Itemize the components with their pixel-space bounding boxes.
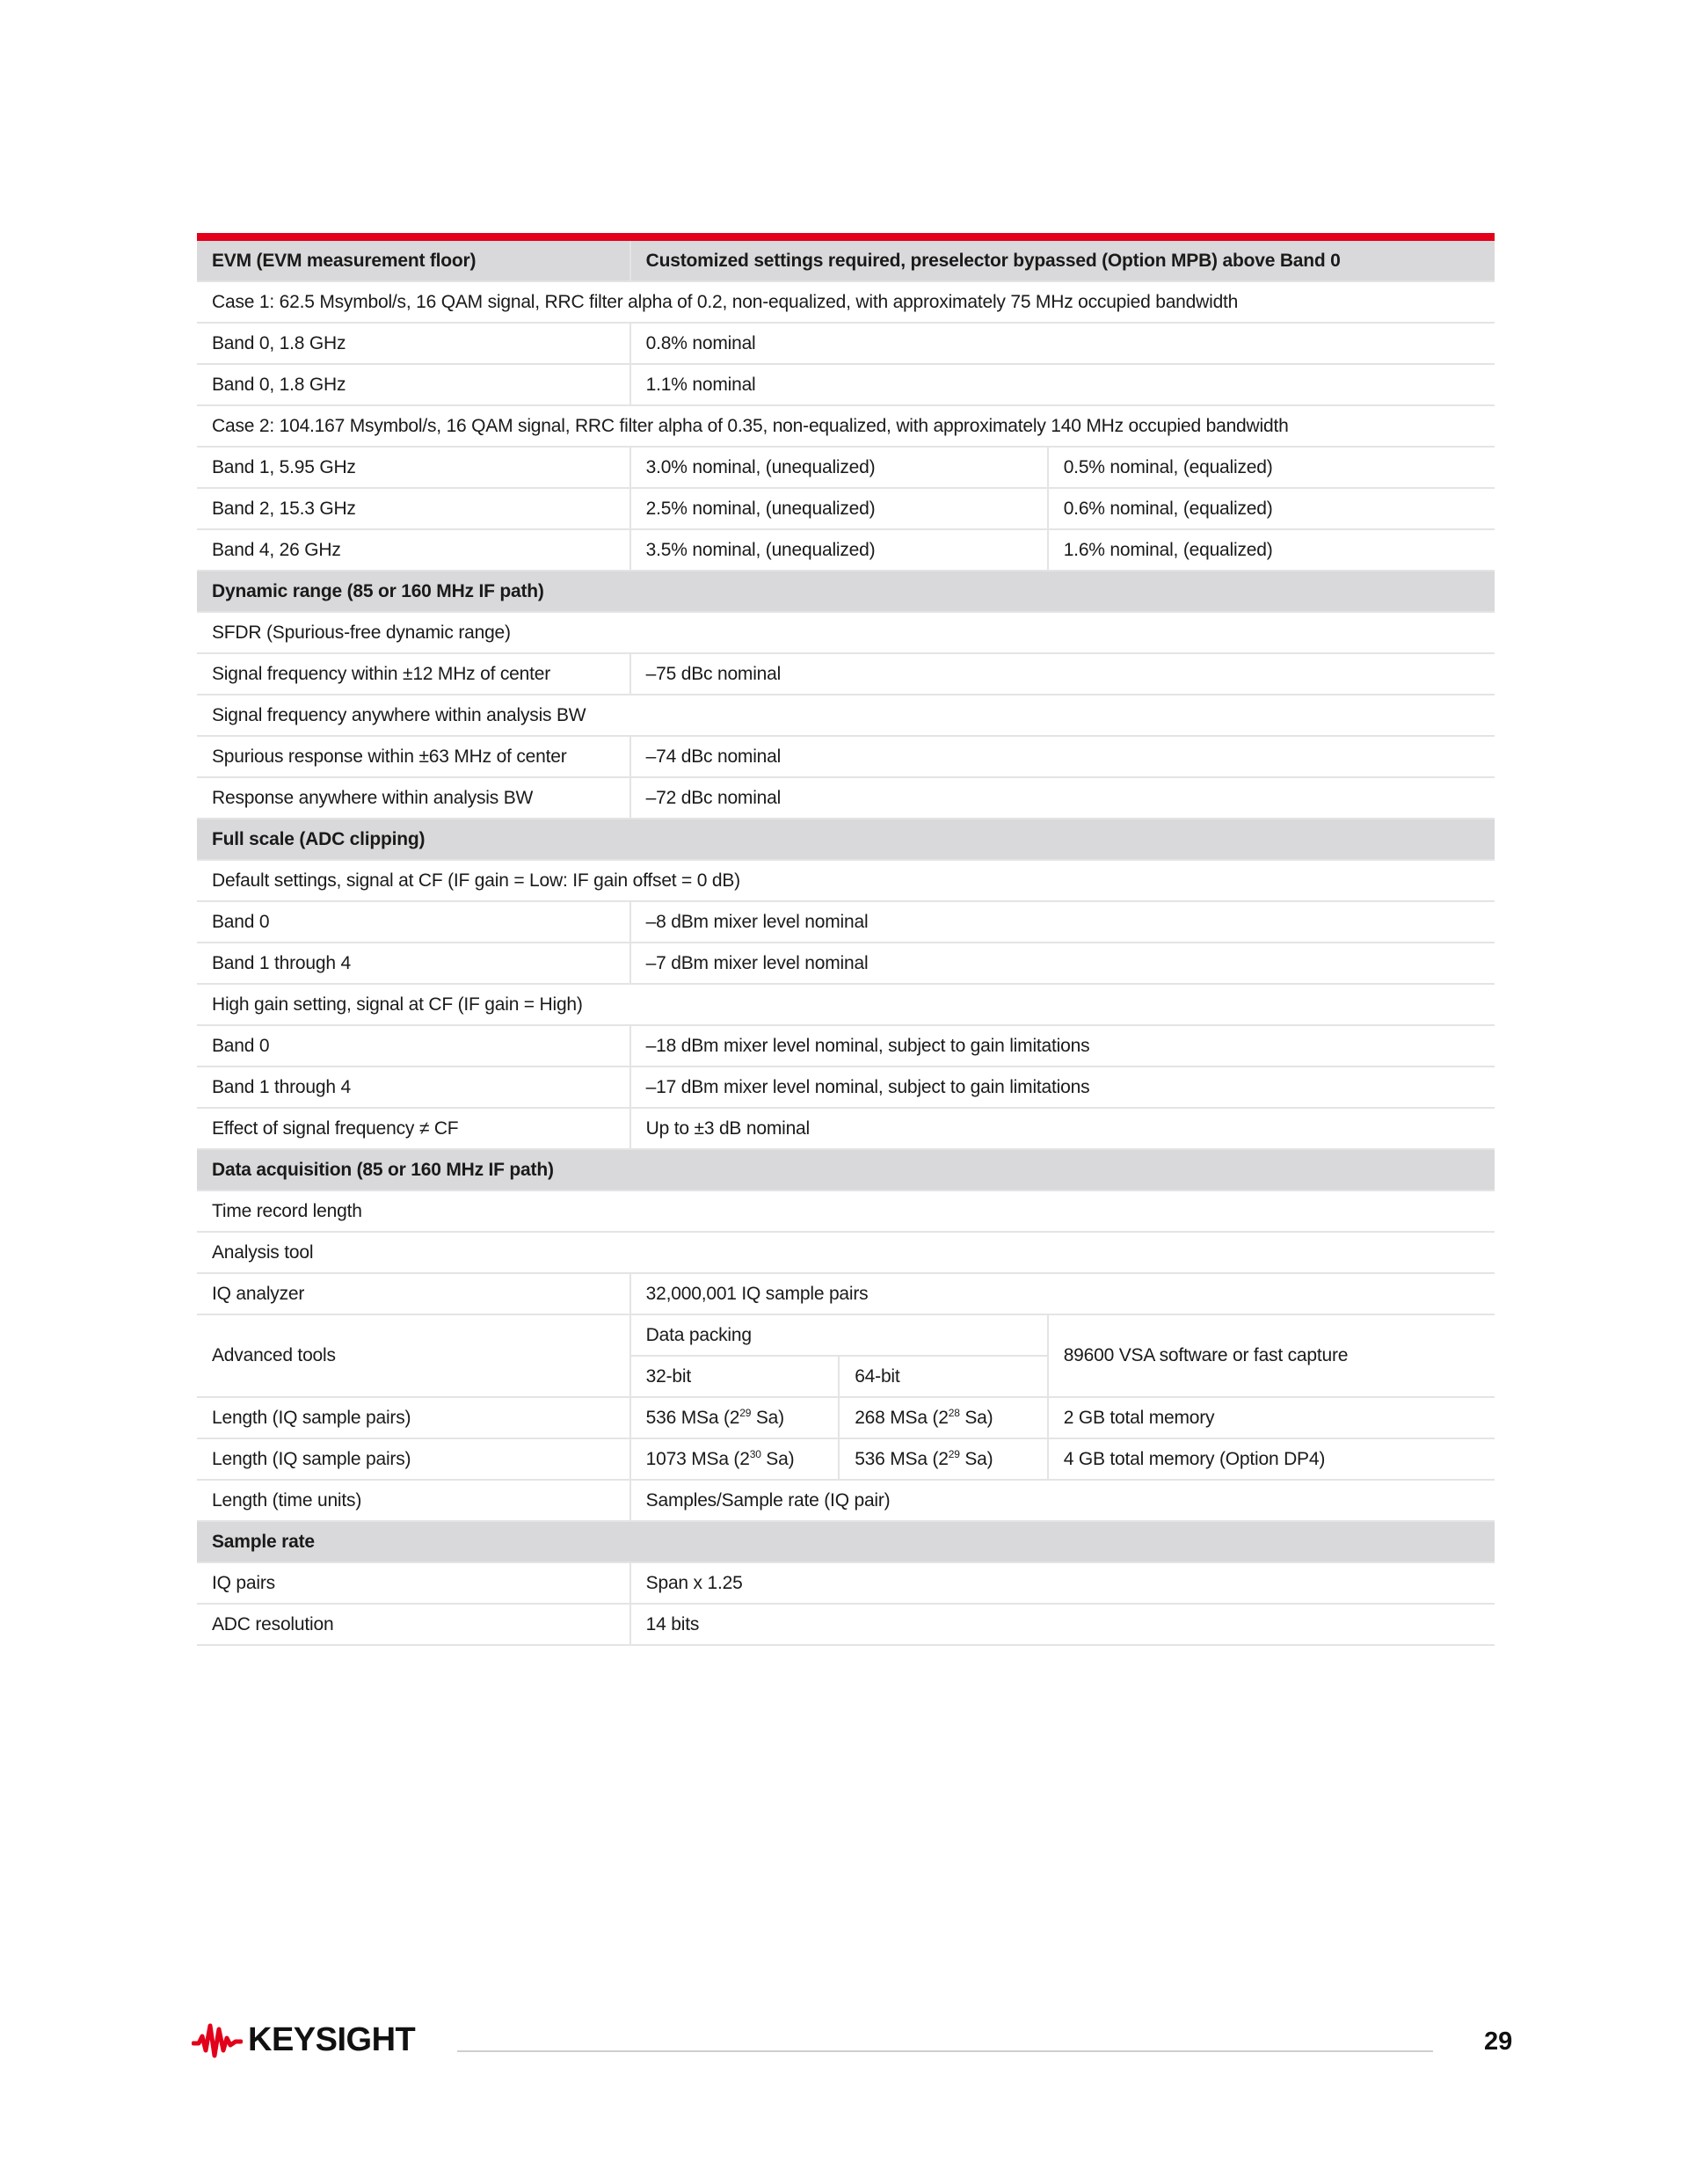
subsection-label: Time record length	[197, 1190, 1495, 1232]
bit64-header: 64-bit	[839, 1356, 1048, 1397]
page-number: 29	[1484, 2027, 1512, 2057]
row-value: –75 dBc nominal	[630, 653, 1495, 695]
row-value: 14 bits	[630, 1604, 1495, 1645]
section-header-data-acquisition: Data acquisition (85 or 160 MHz IF path)	[197, 1149, 1495, 1190]
row-value-equalized: 0.6% nominal, (equalized)	[1048, 488, 1495, 529]
row-label: Band 0, 1.8 GHz	[197, 364, 630, 405]
row-value: –17 dBm mixer level nominal, subject to …	[630, 1067, 1495, 1108]
footer-divider	[457, 2050, 1433, 2052]
table-row: Band 1 through 4 –7 dBm mixer level nomi…	[197, 943, 1495, 984]
table-row: Case 1: 62.5 Msymbol/s, 16 QAM signal, R…	[197, 281, 1495, 323]
table-row: Band 1, 5.95 GHz 3.0% nominal, (unequali…	[197, 447, 1495, 488]
table-row: Length (time units) Samples/Sample rate …	[197, 1480, 1495, 1521]
subsection-label: Signal frequency anywhere within analysi…	[197, 695, 1495, 736]
row-value: –7 dBm mixer level nominal	[630, 943, 1495, 984]
section-header-full-scale: Full scale (ADC clipping)	[197, 819, 1495, 860]
case-description: Case 1: 62.5 Msymbol/s, 16 QAM signal, R…	[197, 281, 1495, 323]
table-row: Band 0, 1.8 GHz 0.8% nominal	[197, 323, 1495, 364]
row-label: Signal frequency within ±12 MHz of cente…	[197, 653, 630, 695]
row-label: Band 2, 15.3 GHz	[197, 488, 630, 529]
section-title: Full scale (ADC clipping)	[197, 819, 1495, 860]
subsection-label: Default settings, signal at CF (IF gain …	[197, 860, 1495, 901]
row-value: Span x 1.25	[630, 1562, 1495, 1604]
row-value: –8 dBm mixer level nominal	[630, 901, 1495, 943]
row-label: Length (IQ sample pairs)	[197, 1397, 630, 1438]
row-label: IQ pairs	[197, 1562, 630, 1604]
table-row: SFDR (Spurious-free dynamic range)	[197, 612, 1495, 653]
length-64bit: 536 MSa (229 Sa)	[839, 1438, 1048, 1480]
row-value-unequalized: 2.5% nominal, (unequalized)	[630, 488, 1048, 529]
table-row: Length (IQ sample pairs) 1073 MSa (230 S…	[197, 1438, 1495, 1480]
table-row: Band 2, 15.3 GHz 2.5% nominal, (unequali…	[197, 488, 1495, 529]
section-header-dynamic-range: Dynamic range (85 or 160 MHz IF path)	[197, 571, 1495, 612]
table-row: Band 0, 1.8 GHz 1.1% nominal	[197, 364, 1495, 405]
row-value: –74 dBc nominal	[630, 736, 1495, 777]
section-header-sample-rate: Sample rate	[197, 1521, 1495, 1562]
row-label: Spurious response within ±63 MHz of cent…	[197, 736, 630, 777]
table-row: Case 2: 104.167 Msymbol/s, 16 QAM signal…	[197, 405, 1495, 447]
section-header-evm: EVM (EVM measurement floor) Customized s…	[197, 237, 1495, 282]
table-row: Signal frequency anywhere within analysi…	[197, 695, 1495, 736]
section-title: EVM (EVM measurement floor)	[197, 237, 630, 282]
table-row: High gain setting, signal at CF (IF gain…	[197, 984, 1495, 1025]
row-label: Effect of signal frequency ≠ CF	[197, 1108, 630, 1149]
keysight-wave-icon	[192, 2020, 243, 2059]
table-row: Time record length	[197, 1190, 1495, 1232]
table-row: Analysis tool	[197, 1232, 1495, 1273]
row-value-equalized: 0.5% nominal, (equalized)	[1048, 447, 1495, 488]
row-value-unequalized: 3.0% nominal, (unequalized)	[630, 447, 1048, 488]
row-label: Advanced tools	[197, 1314, 630, 1397]
table-row: Band 1 through 4 –17 dBm mixer level nom…	[197, 1067, 1495, 1108]
row-value-equalized: 1.6% nominal, (equalized)	[1048, 529, 1495, 571]
table-row: Length (IQ sample pairs) 536 MSa (229 Sa…	[197, 1397, 1495, 1438]
table-row: Default settings, signal at CF (IF gain …	[197, 860, 1495, 901]
subsection-label: High gain setting, signal at CF (IF gain…	[197, 984, 1495, 1025]
table-row: Effect of signal frequency ≠ CF Up to ±3…	[197, 1108, 1495, 1149]
table-row: ADC resolution 14 bits	[197, 1604, 1495, 1645]
software-note: 89600 VSA software or fast capture	[1048, 1314, 1495, 1397]
subsection-label: SFDR (Spurious-free dynamic range)	[197, 612, 1495, 653]
length-32bit: 536 MSa (229 Sa)	[630, 1397, 840, 1438]
row-label: Band 4, 26 GHz	[197, 529, 630, 571]
section-title: Data acquisition (85 or 160 MHz IF path)	[197, 1149, 1495, 1190]
row-label: Response anywhere within analysis BW	[197, 777, 630, 819]
row-value: 1.1% nominal	[630, 364, 1495, 405]
length-32bit: 1073 MSa (230 Sa)	[630, 1438, 840, 1480]
row-label: Length (IQ sample pairs)	[197, 1438, 630, 1480]
table-row: Spurious response within ±63 MHz of cent…	[197, 736, 1495, 777]
keysight-logo: KEYSIGHT	[192, 2020, 415, 2059]
row-label: Band 0	[197, 1025, 630, 1067]
table-row: IQ pairs Span x 1.25	[197, 1562, 1495, 1604]
table-row: Band 4, 26 GHz 3.5% nominal, (unequalize…	[197, 529, 1495, 571]
bit32-header: 32-bit	[630, 1356, 840, 1397]
table-row: IQ analyzer 32,000,001 IQ sample pairs	[197, 1273, 1495, 1314]
row-label: Band 0, 1.8 GHz	[197, 323, 630, 364]
brand-wordmark: KEYSIGHT	[248, 2021, 415, 2059]
section-note: Customized settings required, preselecto…	[630, 237, 1495, 282]
data-packing-header: Data packing	[630, 1314, 1048, 1356]
section-title: Dynamic range (85 or 160 MHz IF path)	[197, 571, 1495, 612]
row-label: Band 1 through 4	[197, 943, 630, 984]
row-value: –72 dBc nominal	[630, 777, 1495, 819]
table-row: Band 0 –8 dBm mixer level nominal	[197, 901, 1495, 943]
table-row: Signal frequency within ±12 MHz of cente…	[197, 653, 1495, 695]
row-label: Band 1, 5.95 GHz	[197, 447, 630, 488]
row-label: Band 0	[197, 901, 630, 943]
section-title: Sample rate	[197, 1521, 1495, 1562]
row-value: 32,000,001 IQ sample pairs	[630, 1273, 1495, 1314]
memory-note: 4 GB total memory (Option DP4)	[1048, 1438, 1495, 1480]
memory-note: 2 GB total memory	[1048, 1397, 1495, 1438]
row-value: –18 dBm mixer level nominal, subject to …	[630, 1025, 1495, 1067]
row-label: Band 1 through 4	[197, 1067, 630, 1108]
row-value: Samples/Sample rate (IQ pair)	[630, 1480, 1495, 1521]
case-description: Case 2: 104.167 Msymbol/s, 16 QAM signal…	[197, 405, 1495, 447]
row-value-unequalized: 3.5% nominal, (unequalized)	[630, 529, 1048, 571]
row-value: 0.8% nominal	[630, 323, 1495, 364]
table-row: Band 0 –18 dBm mixer level nominal, subj…	[197, 1025, 1495, 1067]
length-64bit: 268 MSa (228 Sa)	[839, 1397, 1048, 1438]
row-value: Up to ±3 dB nominal	[630, 1108, 1495, 1149]
row-label: Length (time units)	[197, 1480, 630, 1521]
subsection-label: Analysis tool	[197, 1232, 1495, 1273]
row-label: IQ analyzer	[197, 1273, 630, 1314]
table-row: Advanced tools Data packing 89600 VSA so…	[197, 1314, 1495, 1356]
row-label: ADC resolution	[197, 1604, 630, 1645]
table-row: Response anywhere within analysis BW –72…	[197, 777, 1495, 819]
specifications-table: EVM (EVM measurement floor) Customized s…	[197, 233, 1495, 1646]
